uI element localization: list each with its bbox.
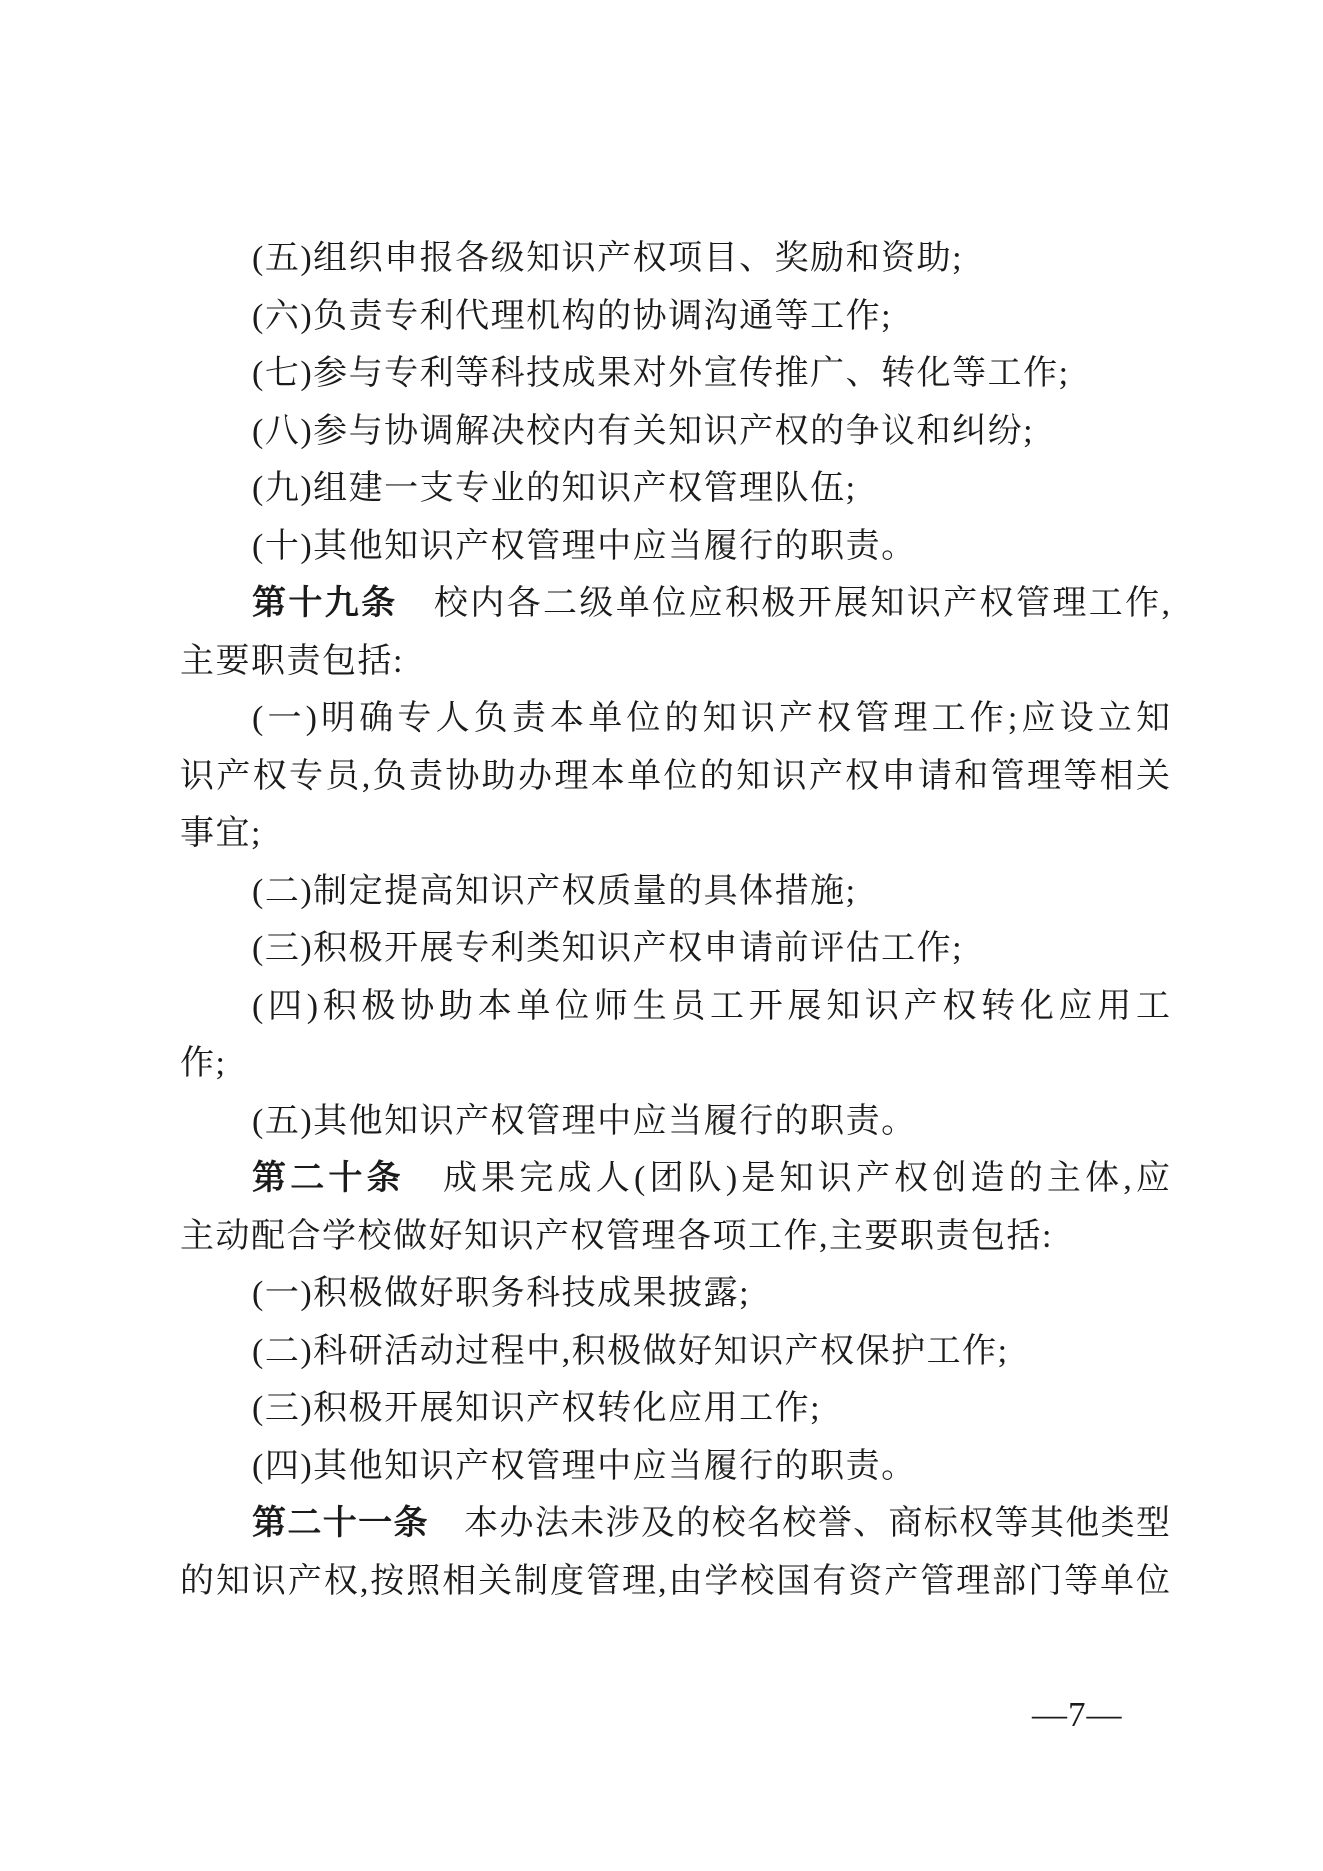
text-line: 第二十条 成果完成人(团队)是知识产权创造的主体,应 bbox=[180, 1150, 1170, 1208]
paragraph: (三)积极开展知识产权转化应用工作; bbox=[180, 1380, 1170, 1438]
paragraph: 第二十条 成果完成人(团队)是知识产权创造的主体,应主动配合学校做好知识产权管理… bbox=[180, 1150, 1170, 1265]
text-segment: (六)负责专利代理机构的协调沟通等工作; bbox=[252, 298, 892, 335]
text-segment: (三)积极开展知识产权转化应用工作; bbox=[252, 1390, 821, 1427]
text-segment: (五)组织申报各级知识产权项目、奖励和资助; bbox=[252, 240, 963, 277]
text-line: 识产权专员,负责协助办理本单位的知识产权申请和管理等相关 bbox=[180, 748, 1170, 806]
text-line: 事宜; bbox=[180, 805, 1170, 863]
text-line: (一)明确专人负责本单位的知识产权管理工作;应设立知 bbox=[180, 690, 1170, 748]
text-segment: (三)积极开展专利类知识产权申请前评估工作; bbox=[252, 930, 963, 967]
text-segment: (四)其他知识产权管理中应当履行的职责。 bbox=[252, 1448, 917, 1485]
text-line: (二)科研活动过程中,积极做好知识产权保护工作; bbox=[180, 1323, 1170, 1381]
paragraph: 第二十一条 本办法未涉及的校名校誉、商标权等其他类型的知识产权,按照相关制度管理… bbox=[180, 1495, 1170, 1610]
text-line: (八)参与协调解决校内有关知识产权的争议和纠纷; bbox=[180, 403, 1170, 461]
paragraph: (一)明确专人负责本单位的知识产权管理工作;应设立知识产权专员,负责协助办理本单… bbox=[180, 690, 1170, 863]
text-line: 主要职责包括: bbox=[180, 633, 1170, 691]
text-segment: 主动配合学校做好知识产权管理各项工作,主要职责包括: bbox=[180, 1218, 1053, 1255]
text-segment: 识产权专员,负责协助办理本单位的知识产权申请和管理等相关 bbox=[180, 758, 1170, 795]
text-line: 第二十一条 本办法未涉及的校名校誉、商标权等其他类型 bbox=[180, 1495, 1170, 1553]
text-segment: (一)明确专人负责本单位的知识产权管理工作;应设立知 bbox=[252, 700, 1170, 737]
article-number: 第二十条 bbox=[252, 1159, 405, 1197]
paragraph: (五)其他知识产权管理中应当履行的职责。 bbox=[180, 1093, 1170, 1151]
text-segment: (九)组建一支专业的知识产权管理队伍; bbox=[252, 470, 857, 507]
text-line: 的知识产权,按照相关制度管理,由学校国有资产管理部门等单位 bbox=[180, 1553, 1170, 1611]
text-segment: 主要职责包括: bbox=[180, 643, 404, 680]
text-segment: (五)其他知识产权管理中应当履行的职责。 bbox=[252, 1103, 917, 1140]
text-segment: 的知识产权,按照相关制度管理,由学校国有资产管理部门等单位 bbox=[180, 1563, 1170, 1600]
text-line: (七)参与专利等科技成果对外宣传推广、转化等工作; bbox=[180, 345, 1170, 403]
paragraph: (二)科研活动过程中,积极做好知识产权保护工作; bbox=[180, 1323, 1170, 1381]
document-page: (五)组织申报各级知识产权项目、奖励和资助;(六)负责专利代理机构的协调沟通等工… bbox=[0, 0, 1323, 1871]
text-segment: (四)积极协助本单位师生员工开展知识产权转化应用工 bbox=[252, 988, 1170, 1025]
article-number: 第十九条 bbox=[252, 584, 398, 622]
paragraph: (二)制定提高知识产权质量的具体措施; bbox=[180, 863, 1170, 921]
text-line: (一)积极做好职务科技成果披露; bbox=[180, 1265, 1170, 1323]
text-line: (五)其他知识产权管理中应当履行的职责。 bbox=[180, 1093, 1170, 1151]
text-segment: 事宜; bbox=[180, 815, 262, 852]
text-line: (九)组建一支专业的知识产权管理队伍; bbox=[180, 460, 1170, 518]
text-segment: 本办法未涉及的校名校誉、商标权等其他类型 bbox=[429, 1505, 1170, 1542]
text-line: 第十九条 校内各二级单位应积极开展知识产权管理工作, bbox=[180, 575, 1170, 633]
paragraph: (三)积极开展专利类知识产权申请前评估工作; bbox=[180, 920, 1170, 978]
paragraph: (四)积极协助本单位师生员工开展知识产权转化应用工作; bbox=[180, 978, 1170, 1093]
text-segment: 校内各二级单位应积极开展知识产权管理工作, bbox=[398, 585, 1170, 622]
text-line: (四)积极协助本单位师生员工开展知识产权转化应用工 bbox=[180, 978, 1170, 1036]
text-segment: (一)积极做好职务科技成果披露; bbox=[252, 1275, 750, 1312]
text-segment: 作; bbox=[180, 1045, 226, 1082]
text-line: (二)制定提高知识产权质量的具体措施; bbox=[180, 863, 1170, 921]
paragraph: (九)组建一支专业的知识产权管理队伍; bbox=[180, 460, 1170, 518]
text-line: (三)积极开展知识产权转化应用工作; bbox=[180, 1380, 1170, 1438]
paragraph: (六)负责专利代理机构的协调沟通等工作; bbox=[180, 288, 1170, 346]
text-segment: (十)其他知识产权管理中应当履行的职责。 bbox=[252, 528, 917, 565]
paragraph: 第十九条 校内各二级单位应积极开展知识产权管理工作,主要职责包括: bbox=[180, 575, 1170, 690]
text-segment: (七)参与专利等科技成果对外宣传推广、转化等工作; bbox=[252, 355, 1070, 392]
page-number: —7— bbox=[1032, 1694, 1123, 1736]
text-segment: (二)科研活动过程中,积极做好知识产权保护工作; bbox=[252, 1333, 1009, 1370]
text-segment: (二)制定提高知识产权质量的具体措施; bbox=[252, 873, 857, 910]
text-segment: 成果完成人(团队)是知识产权创造的主体,应 bbox=[405, 1160, 1170, 1197]
document-body: (五)组织申报各级知识产权项目、奖励和资助;(六)负责专利代理机构的协调沟通等工… bbox=[180, 230, 1170, 1610]
text-line: (四)其他知识产权管理中应当履行的职责。 bbox=[180, 1438, 1170, 1496]
text-segment: (八)参与协调解决校内有关知识产权的争议和纠纷; bbox=[252, 413, 1034, 450]
paragraph: (七)参与专利等科技成果对外宣传推广、转化等工作; bbox=[180, 345, 1170, 403]
paragraph: (五)组织申报各级知识产权项目、奖励和资助; bbox=[180, 230, 1170, 288]
article-number: 第二十一条 bbox=[252, 1504, 429, 1542]
paragraph: (一)积极做好职务科技成果披露; bbox=[180, 1265, 1170, 1323]
text-line: (六)负责专利代理机构的协调沟通等工作; bbox=[180, 288, 1170, 346]
text-line: (十)其他知识产权管理中应当履行的职责。 bbox=[180, 518, 1170, 576]
text-line: 主动配合学校做好知识产权管理各项工作,主要职责包括: bbox=[180, 1208, 1170, 1266]
paragraph: (四)其他知识产权管理中应当履行的职责。 bbox=[180, 1438, 1170, 1496]
text-line: (五)组织申报各级知识产权项目、奖励和资助; bbox=[180, 230, 1170, 288]
paragraph: (八)参与协调解决校内有关知识产权的争议和纠纷; bbox=[180, 403, 1170, 461]
text-line: 作; bbox=[180, 1035, 1170, 1093]
paragraph: (十)其他知识产权管理中应当履行的职责。 bbox=[180, 518, 1170, 576]
text-line: (三)积极开展专利类知识产权申请前评估工作; bbox=[180, 920, 1170, 978]
